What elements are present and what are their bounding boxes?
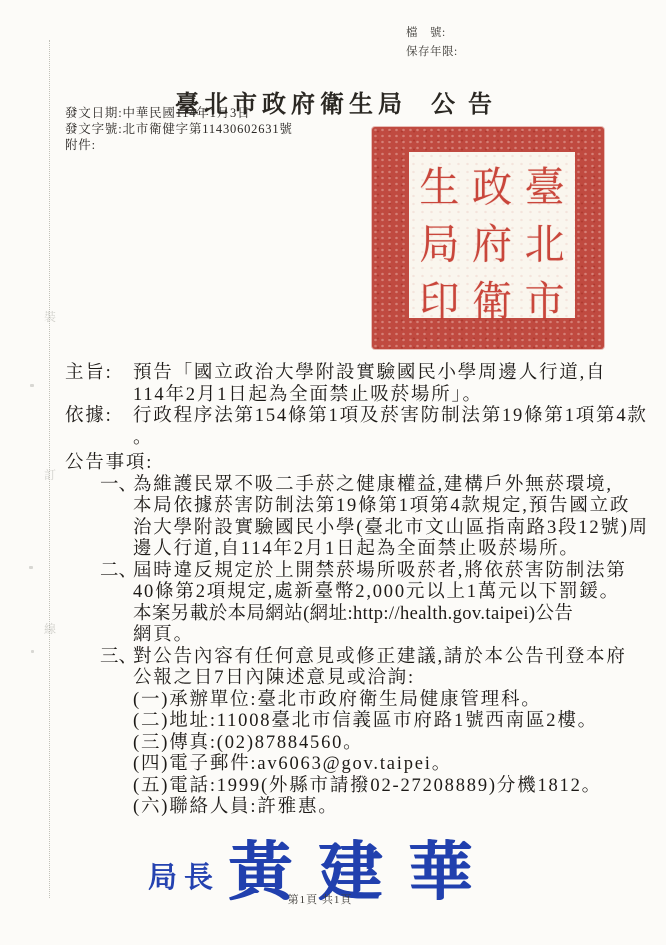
seal-char: 衛 xyxy=(466,269,519,328)
item-1-text: 為維護民眾不吸二手菸之健康權益,建構戶外無菸環境,本局依據菸害防制法第19條第1… xyxy=(133,475,649,561)
ref-number-row: 發文字號:北市衛健字第11430602631號 xyxy=(65,121,293,137)
official-seal: 生 局 印 政 府 衛 臺 北 市 xyxy=(372,127,604,349)
scan-speck xyxy=(31,650,34,653)
page-footer: 第1頁 共1頁 xyxy=(0,891,640,907)
binding-mark-zhuang: 裝 xyxy=(42,308,58,325)
seal-char: 印 xyxy=(413,269,466,328)
basis-label: 依據: xyxy=(65,406,133,428)
announcement-items-header: 公告事項: xyxy=(65,453,622,475)
item-1: 一、 為維護民眾不吸二手菸之健康權益,建構戶外無菸環境,本局依據菸害防制法第19… xyxy=(100,475,622,561)
seal-char: 臺 xyxy=(518,155,571,214)
seal-char: 生 xyxy=(413,155,466,214)
seal-column-right: 臺 北 市 xyxy=(518,156,571,314)
seal-char: 政 xyxy=(466,155,519,214)
item-3-number: 三、 xyxy=(100,647,133,669)
seal-char: 市 xyxy=(518,269,571,328)
item-1-number: 一、 xyxy=(100,475,133,497)
seal-char: 府 xyxy=(466,212,519,271)
binding-mark-xian: 線 xyxy=(42,620,58,637)
issue-date-value: 中華民國114年1月3日 xyxy=(122,106,250,120)
subject-label: 主旨: xyxy=(65,363,133,385)
document-meta: 發文日期:中華民國114年1月3日 發文字號:北市衛健字第11430602631… xyxy=(65,105,293,153)
binding-mark-ding: 訂 xyxy=(42,466,58,483)
item-2: 二、 屆時違反規定於上開禁菸場所吸菸者,將依菸害防制法第40條第2項規定,處新臺… xyxy=(100,561,622,647)
issue-date-row: 發文日期:中華民國114年1月3日 xyxy=(65,105,293,121)
scan-speck xyxy=(30,384,34,387)
item-3: 三、 對公告內容有任何意見或修正建議,請於本公告刊登本府公報之日7日內陳述意見或… xyxy=(100,647,622,819)
item-2-number: 二、 xyxy=(100,561,133,583)
basis-text: 行政程序法第154條第1項及菸害防制法第19條第1項第4款。 xyxy=(133,406,648,449)
seal-char: 北 xyxy=(518,212,571,271)
file-no-label: 檔 號: xyxy=(406,24,458,43)
seal-column-left: 生 局 印 xyxy=(413,156,466,314)
item-2-text: 屆時違反規定於上開禁菸場所吸菸者,將依菸害防制法第40條第2項規定,處新臺幣2,… xyxy=(133,561,627,647)
subject-row: 主旨: 預告「國立政治大學附設實驗國民小學周邊人行道,自114年2月1日起為全面… xyxy=(65,363,622,406)
subject-text: 預告「國立政治大學附設實驗國民小學周邊人行道,自114年2月1日起為全面禁止吸菸… xyxy=(133,363,622,406)
seal-char: 局 xyxy=(413,212,466,271)
ref-number-label: 發文字號: xyxy=(65,122,122,136)
seal-characters: 生 局 印 政 府 衛 臺 北 市 xyxy=(409,152,575,318)
document-type: 公告 xyxy=(431,92,505,118)
attachment-row: 附件: xyxy=(65,137,293,153)
item-3-contacts: (一)承辦單位:臺北市政府衛生局健康管理科。(二)地址:11008臺北市信義區市… xyxy=(133,690,627,819)
item-3-text: 對公告內容有任何意見或修正建議,請於本公告刊登本府公報之日7日內陳述意見或洽詢:… xyxy=(133,647,627,819)
retention-period-label: 保存年限: xyxy=(406,43,458,62)
director-title: 局長 xyxy=(148,855,220,896)
basis-row: 依據: 行政程序法第154條第1項及菸害防制法第19條第1項第4款。 xyxy=(65,406,622,449)
announcement-body: 主旨: 預告「國立政治大學附設實驗國民小學周邊人行道,自114年2月1日起為全面… xyxy=(65,363,622,819)
seal-column-middle: 政 府 衛 xyxy=(466,156,519,314)
issue-date-label: 發文日期: xyxy=(65,106,122,120)
attachment-label: 附件: xyxy=(65,138,96,152)
item-3-lines: 對公告內容有任何意見或修正建議,請於本公告刊登本府公報之日7日內陳述意見或洽詢: xyxy=(133,647,627,690)
scan-speck xyxy=(29,566,33,569)
ref-number-value: 北市衛健字第11430602631號 xyxy=(122,122,292,136)
document-page: 裝 訂 線 檔 號: 保存年限: 臺北市政府衛生局公告 發文日期:中華民國114… xyxy=(0,0,666,945)
file-number-block: 檔 號: 保存年限: xyxy=(406,24,458,62)
